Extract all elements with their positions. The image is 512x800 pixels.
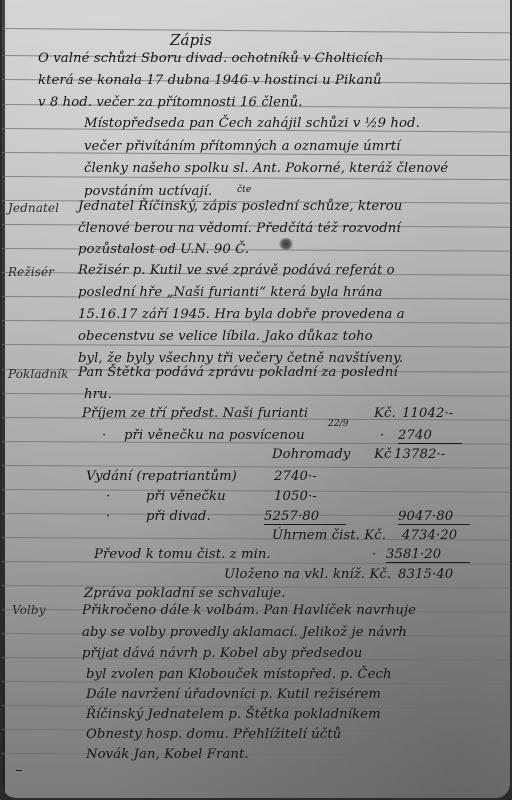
elections-line: Říčinský Jednatelem p. Štětka pokladníke… xyxy=(86,708,381,721)
opening-line: povstáním uctívají. xyxy=(84,185,212,198)
expense-total: 9047·80 xyxy=(398,510,470,525)
saved-amount: 8315·40 xyxy=(398,568,453,581)
rule-line xyxy=(2,344,510,348)
rule-line xyxy=(2,176,510,180)
income-label: Příjem ze tří předst. Naši furianti xyxy=(82,407,308,420)
income-total-currency: Kč xyxy=(374,448,391,461)
income-amount: 2740 xyxy=(398,429,462,444)
expense-amount: 2740·- xyxy=(274,470,317,483)
elections-line: Obnesty hosp. domu. Přehlížitelí účtů xyxy=(86,728,341,741)
ditto-mark: · xyxy=(102,429,106,442)
rule-line xyxy=(2,28,510,33)
rule-line xyxy=(2,393,510,397)
rule-line xyxy=(2,465,510,469)
elections-line: Novák Jan, Kobel Frant. xyxy=(86,748,249,761)
header-line: v 8 hod. večer za přítomnosti 16 členů. xyxy=(38,96,303,109)
ditto-mark: · xyxy=(380,429,384,442)
document-title: Zápis xyxy=(170,33,212,48)
reziser-line: poslední hře „Naši furianti“ která byla … xyxy=(78,286,383,299)
margin-tick-mark xyxy=(16,770,22,771)
ditto-mark: · xyxy=(106,490,110,503)
elections-line: aby se volby provedly aklamací. Jelikož … xyxy=(82,626,407,639)
net-amount: 4734·20 xyxy=(402,529,457,542)
insertion-mark: čte xyxy=(237,186,251,195)
expense-label: při věnečku xyxy=(146,490,226,503)
net-label: Úhrnem čist. Kč. xyxy=(272,529,386,542)
expense-label: Vydání (repatriantům) xyxy=(86,470,237,483)
opening-line: večer přivítáním přítomných a oznamuje ú… xyxy=(84,140,400,153)
rule-line xyxy=(2,753,510,757)
pokladnik-line: Pan Štětka podává zprávu pokladní za pos… xyxy=(78,366,398,379)
reziser-line: 15.16.17 září 1945. Hra byla dobře prove… xyxy=(78,308,405,321)
margin-label-jednatel: Jednatel xyxy=(8,202,59,214)
elections-line: byl zvolen pan Klobouček místopřed. p. Č… xyxy=(86,668,392,681)
page-binding-edge xyxy=(2,0,5,798)
header-line: která se konala 17 dubna 1946 v hostinci… xyxy=(38,74,382,87)
reziser-line: obecenstvu se velice líbila. Jako důkaz … xyxy=(78,330,373,343)
income-currency: Kč. xyxy=(374,407,396,420)
carryover-label: Převod k tomu čist. z min. xyxy=(94,548,271,561)
elections-line: Dále navržení úřadovníci p. Kutil režisé… xyxy=(86,688,381,701)
document-page: Zápis O valné schůzi Sboru divad. ochotn… xyxy=(2,0,510,798)
margin-label-reziser: Režisér xyxy=(8,266,54,278)
opening-line: Místopředseda pan Čech zahájil schůzi v … xyxy=(84,117,420,130)
elections-line: přijat dává návrh p. Kobel aby předsedou xyxy=(82,647,362,660)
header-line: O valné schůzi Sboru divad. ochotníků v … xyxy=(38,52,384,65)
income-label: při věnečku na posvícenou xyxy=(124,429,305,442)
opening-line: členky našeho spolku sl. Ant. Pokorné, k… xyxy=(84,162,448,175)
expense-label: při divad. xyxy=(146,510,211,523)
ditto-mark: · xyxy=(106,510,110,523)
jednatel-line: Jednatel Říčinský, zápis poslední schůze… xyxy=(78,200,402,213)
ditto-mark: · xyxy=(372,548,376,561)
income-total-label: Dohromady xyxy=(272,448,350,461)
income-date-note: 22/9 xyxy=(328,420,349,429)
margin-label-pokladnik: Pokladník xyxy=(8,368,69,380)
elections-line: Přikročeno dále k volbám. Pan Havlíček n… xyxy=(82,604,416,617)
treasurer-approved: Zpráva pokladní se schvaluje. xyxy=(84,587,286,600)
pokladnik-line: hru. xyxy=(84,388,112,401)
jednatel-line: členové berou na vědomí. Předčítá též ro… xyxy=(78,222,401,235)
carryover-amount: 3581·20 xyxy=(386,548,470,563)
reziser-line: Režisér p. Kutil ve své zprávě podává re… xyxy=(78,264,395,277)
expense-amount: 5257·80 xyxy=(264,510,346,525)
ink-stain xyxy=(278,238,294,250)
saved-label: Uloženo na vkl. kníž. Kč. xyxy=(224,568,391,581)
income-amount: 11042·- xyxy=(402,407,453,420)
jednatel-line: pozůstalost od U.N. 90 Č. xyxy=(78,243,249,256)
margin-label-volby: Volby xyxy=(12,604,46,616)
expense-amount: 1050·- xyxy=(274,490,317,503)
income-total-amount: 13782·- xyxy=(394,448,445,461)
reziser-line: byl, že byly všechny tři večery četně na… xyxy=(78,352,403,365)
rule-line xyxy=(2,489,510,493)
